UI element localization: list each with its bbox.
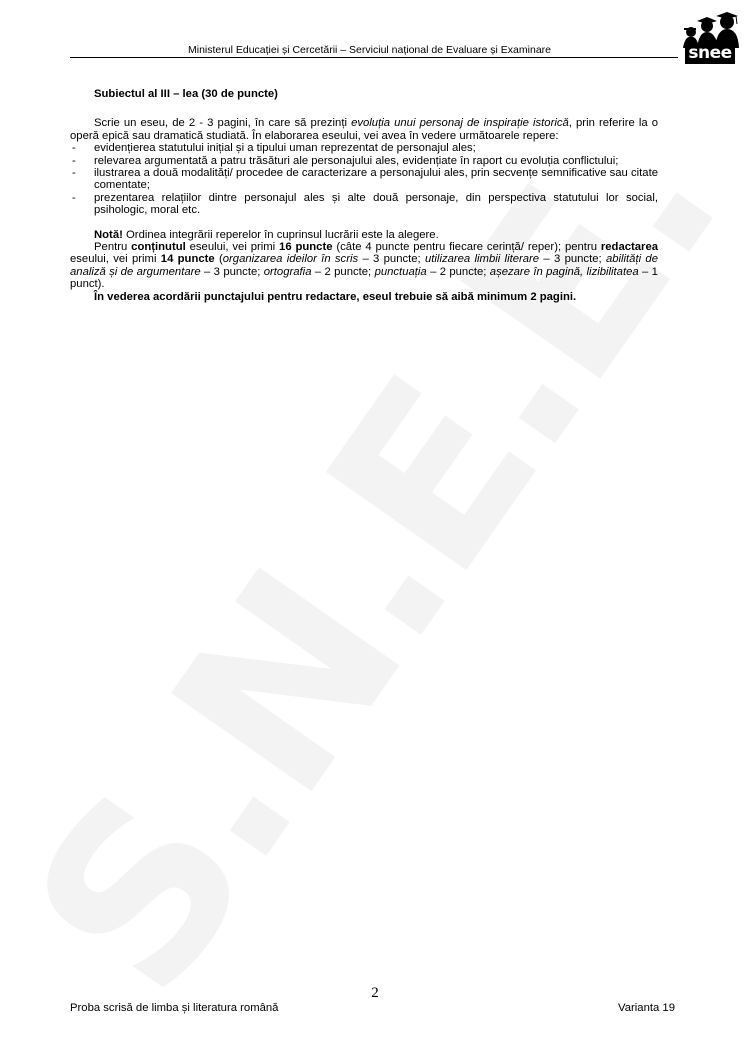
logo-wordmark: snee — [685, 44, 735, 64]
text: eseului, vei primi — [186, 241, 279, 253]
text: – 2 puncte; — [311, 266, 374, 278]
list-item: relevarea argumentată a patru trăsături … — [70, 155, 658, 167]
intro-emphasis: evoluția unui personaj de inspirație ist… — [351, 117, 569, 129]
note-paragraph: Notă! Ordinea integrării reperelor în cu… — [70, 229, 658, 241]
requirement-text: În vederea acordării punctajului pentru … — [94, 291, 576, 303]
list-item: ilustrarea a două modalități/ procedee d… — [70, 167, 658, 192]
scoring-paragraph: Pentru conținutul eseului, vei primi 16 … — [70, 241, 658, 291]
bold-text: conținutul — [131, 241, 186, 253]
text: – 3 puncte; — [539, 253, 606, 265]
subject-title: Subiectul al III – lea (30 de puncte) — [94, 88, 658, 100]
text: ( — [215, 253, 223, 265]
note-label: Notă! — [94, 229, 123, 241]
text: Pentru — [94, 241, 131, 253]
italic-text: ortografia — [264, 266, 312, 278]
italic-text: utilizarea limbii literare — [425, 253, 539, 265]
italic-text: organizarea ideilor în scris — [223, 253, 358, 265]
intro-text: Scrie un eseu, de 2 - 3 pagini, în care … — [94, 117, 351, 129]
italic-text: punctuația — [375, 266, 427, 278]
header-text: Ministerul Educației și Cercetării – Ser… — [188, 44, 551, 56]
note-text: Ordinea integrării reperelor în cuprinsu… — [123, 229, 439, 241]
header-divider — [70, 57, 678, 58]
text: – 3 puncte; — [201, 266, 264, 278]
bold-text: 14 puncte — [161, 253, 215, 265]
footer-exam-name: Proba scrisă de limba și literatura româ… — [70, 1002, 278, 1014]
text: (câte 4 puncte pentru fiecare cerință/ r… — [333, 241, 601, 253]
text: – 2 puncte; — [427, 266, 490, 278]
snee-logo: snee — [677, 12, 743, 64]
italic-text: așezare în pagină, lizibilitatea — [490, 266, 639, 278]
subject-intro: Scrie un eseu, de 2 - 3 pagini, în care … — [70, 117, 658, 142]
footer-variant: Varianta 19 — [618, 1002, 675, 1014]
list-item: prezentarea relațiilor dintre personajul… — [70, 192, 658, 217]
list-item: evidențierea statutului inițial și a tip… — [70, 142, 658, 154]
text: – 3 puncte; — [358, 253, 425, 265]
requirement-paragraph: În vederea acordării punctajului pentru … — [70, 291, 658, 303]
bold-text: 16 puncte — [279, 241, 332, 253]
bold-text: redactarea — [601, 241, 658, 253]
reperes-list: evidențierea statutului inițial și a tip… — [70, 142, 658, 216]
page-number: 2 — [0, 985, 750, 1002]
text: eseului, vei primi — [70, 253, 161, 265]
subject-section: Subiectul al III – lea (30 de puncte) Sc… — [70, 88, 658, 303]
